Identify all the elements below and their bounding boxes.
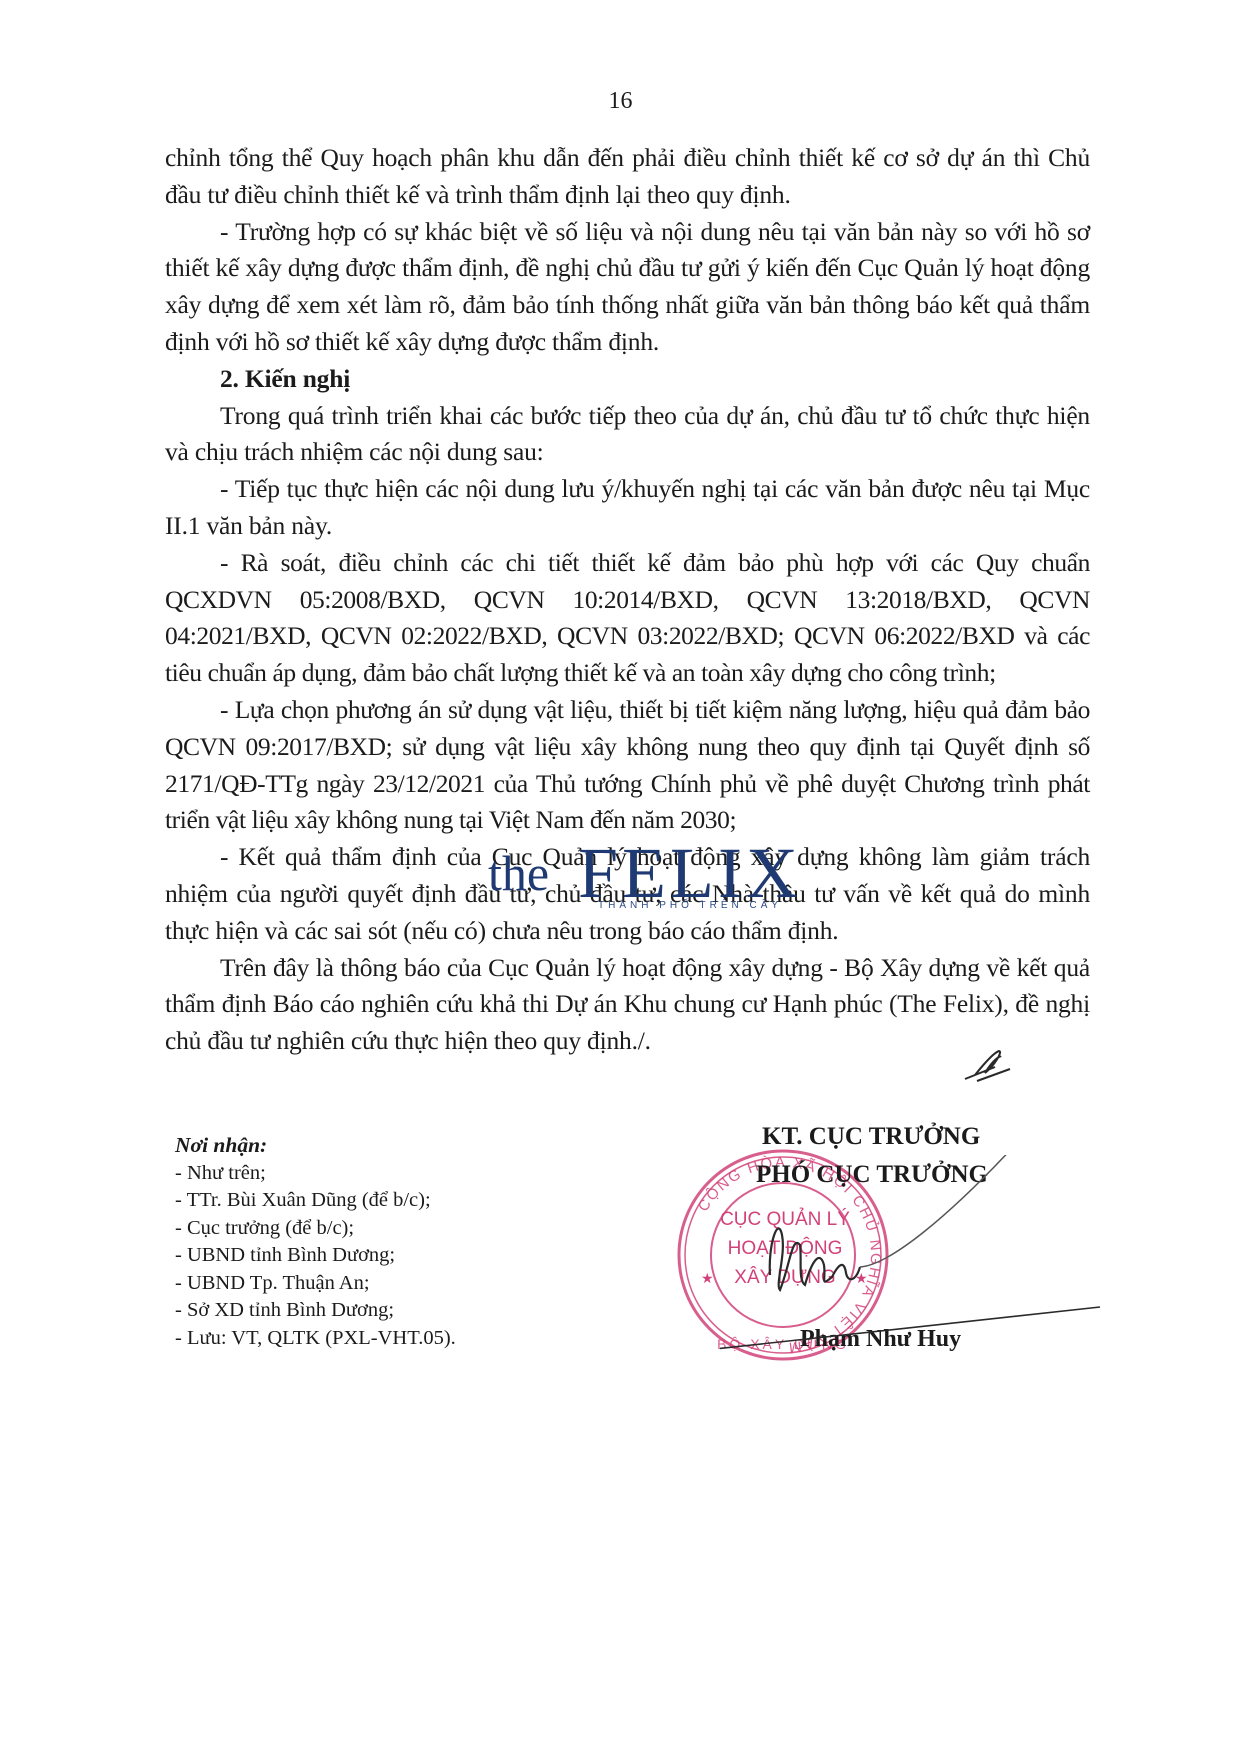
paragraph-continue-notes: - Tiếp tục thực hiện các nội dung lưu ý/…: [165, 471, 1090, 545]
signature-title-line1: KT. CỤC TRƯỞNG: [690, 1118, 1140, 1156]
recipients-list: Nơi nhận: Như trên; TTr. Bùi Xuân Dũng (…: [175, 1132, 456, 1352]
recipient-item: Sở XD tỉnh Bình Dương;: [175, 1297, 456, 1325]
recipient-item: UBND tỉnh Bình Dương;: [175, 1242, 456, 1270]
paragraph-discrepancy: - Trường hợp có sự khác biệt về số liệu …: [165, 214, 1090, 361]
handwritten-signature-icon: [720, 1155, 1120, 1375]
recipient-item: UBND Tp. Thuận An;: [175, 1270, 456, 1298]
recipients-title: Nơi nhận:: [175, 1132, 456, 1160]
initials-mark-icon: [955, 1045, 1025, 1085]
recipient-item: Lưu: VT, QLTK (PXL-VHT.05).: [175, 1325, 456, 1353]
recipient-item: Cục trưởng (để b/c);: [175, 1215, 456, 1243]
section-heading-recommendations: 2. Kiến nghị: [165, 361, 1090, 398]
svg-text:★: ★: [701, 1271, 714, 1287]
recipient-item: TTr. Bùi Xuân Dũng (để b/c);: [175, 1187, 456, 1215]
paragraph-materials: - Lựa chọn phương án sử dụng vật liệu, t…: [165, 692, 1090, 839]
paragraph-standards: - Rà soát, điều chỉnh các chi tiết thiết…: [165, 545, 1090, 692]
page-number: 16: [0, 88, 1241, 115]
recipient-item: Như trên;: [175, 1160, 456, 1188]
paragraph-closing: Trên đây là thông báo của Cục Quản lý ho…: [165, 950, 1090, 1060]
paragraph-intro: Trong quá trình triển khai các bước tiếp…: [165, 398, 1090, 472]
document-body: chỉnh tổng thể Quy hoạch phân khu dẫn đế…: [165, 140, 1090, 1060]
paragraph-continuation: chỉnh tổng thể Quy hoạch phân khu dẫn đế…: [165, 140, 1090, 214]
paragraph-responsibility: - Kết quả thẩm định của Cục Quản lý hoạt…: [165, 839, 1090, 949]
